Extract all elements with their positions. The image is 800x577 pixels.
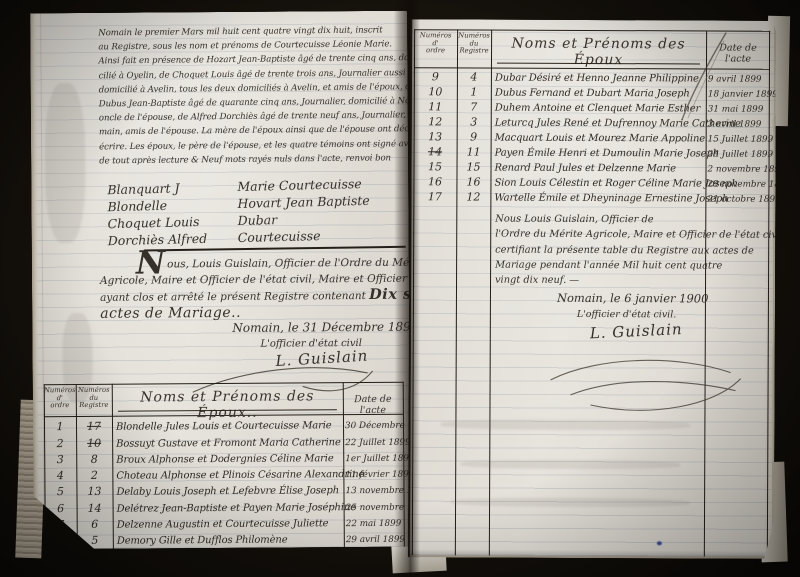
cell-date: 29 novembre 1899	[705, 179, 769, 189]
cell-registre: 17	[76, 420, 112, 433]
cell-noms: Dubus Fernand et Dubart Maria Joseph	[491, 88, 706, 100]
cell-noms: Bossuyt Gustave et Fromont Maria Catheri…	[112, 437, 343, 450]
cell-noms: Choteau Alphonse et Plinois Césarine Ale…	[112, 469, 343, 482]
cell-date: 9 avril 1899	[706, 74, 770, 84]
header-numero-ordre: Numérosd'ordre	[414, 29, 457, 67]
cell-ordre: 14	[414, 145, 457, 158]
cell-registre: 15	[457, 160, 491, 173]
signatures-block: Blanquart J Marie Courtecuisse Blondelle…	[107, 177, 387, 247]
table-row: 8 5 Demory Gille et Dufflos Philomène 29…	[45, 529, 405, 548]
cell-ordre: 17	[413, 190, 456, 203]
cell-noms: Delzenne Augustin et Courtecuisse Juliet…	[113, 518, 344, 531]
place-date: Nomain, le 31 Décembre 1899	[100, 320, 408, 338]
cell-registre: 5	[77, 534, 113, 547]
officer-title: L'officier d'état civil.	[495, 306, 721, 322]
cell-date: 18 janvier 1899	[706, 89, 770, 99]
cell-registre: 7	[457, 100, 491, 113]
closing-line: Nous, Louis Guislain, Officier de l'Ordr…	[100, 251, 408, 274]
cell-date: 29 avril 1899	[344, 535, 404, 545]
cell-ordre: 10	[414, 85, 457, 98]
cell-ordre: 12	[414, 115, 457, 128]
header-numero-registre: NumérosduRegistre	[457, 29, 491, 67]
cell-date: 25 novembre 1899	[344, 503, 404, 513]
mayor-signature: L. Guislain	[275, 349, 369, 370]
table-row: 17 12 Wartelle Émile et Dheyninage Ernes…	[413, 188, 769, 205]
header-noms-epoux: Noms et Prénoms des Époux	[491, 30, 706, 69]
ink-stain	[657, 541, 662, 545]
cell-date: 13 novembre 1899	[343, 486, 403, 496]
cell-registre: 16	[456, 175, 490, 188]
cell-noms: Dubar Désiré et Henno Jeanne Philippine	[491, 73, 706, 85]
cell-noms: Wartelle Émile et Dheyninage Ernestine J…	[490, 193, 705, 205]
closing-line: ayant clos et arrêté le présent Registre…	[100, 287, 408, 307]
cell-ordre: 7	[45, 518, 77, 531]
marriage-act-text: Nomain le premier Mars mil huit cent qua…	[98, 24, 401, 168]
cell-noms: Duhem Antoine et Clenquet Marie Esther	[491, 103, 706, 115]
cell-ordre: 9	[414, 70, 457, 83]
table-row: 14 11 Payen Émile Henri et Dumoulin Mari…	[414, 143, 770, 160]
register-closing-statement: Nous, Louis Guislain, Officier de l'Ordr…	[100, 251, 409, 371]
header-date-acte: Date de l'acte	[706, 30, 770, 68]
cell-ordre: 16	[413, 175, 456, 188]
act-line: de tout après lecture & Neuf mots rayés …	[99, 151, 401, 168]
certification-lines: Nous Louis Guislain, Officier del'Ordre …	[495, 212, 721, 289]
cell-noms: Demory Gille et Dufflos Philomène	[113, 535, 344, 548]
certification-line: certifiant la présente table du Registre…	[495, 242, 721, 258]
ink-bleedthrough	[45, 83, 86, 243]
cell-date: 30 Décembre 1899	[343, 421, 403, 431]
left-page: Nomain le premier Mars mil huit cent qua…	[30, 11, 411, 550]
cell-ordre: 11	[414, 100, 457, 113]
cell-noms: Delétrez Jean-Baptiste et Payen Marie Jo…	[113, 502, 344, 515]
cell-ordre: 4	[44, 469, 76, 482]
cell-ordre: 15	[414, 160, 457, 173]
table-row: 6 14 Delétrez Jean-Baptiste et Payen Mar…	[45, 496, 405, 515]
cell-ordre: 5	[44, 485, 76, 498]
table-row: 12 3 Leturcq Jules René et Dufrennoy Mar…	[414, 113, 770, 130]
header-date-acte: Date de l'acte	[343, 382, 403, 414]
table-certification: Nous Louis Guislain, Officier del'Ordre …	[495, 212, 722, 342]
table-row: 16 16 Sion Louis Célestin et Roger Célin…	[413, 173, 769, 190]
mayor-signature: L. Guislain	[589, 322, 682, 342]
marriage-table-left: Numérosd'ordre NumérosduRegistre Noms et…	[44, 382, 405, 550]
cell-ordre: 1	[44, 420, 76, 433]
cell-registre: 14	[77, 502, 113, 515]
cell-registre: 11	[457, 145, 491, 158]
table-row: 9 4 Dubar Désiré et Henno Jeanne Philipp…	[414, 68, 770, 85]
cell-date: 2 novembre 1899	[706, 164, 770, 174]
cell-noms: Sion Louis Célestin et Roger Céline Mari…	[490, 178, 705, 190]
cell-noms: Broux Alphonse et Dodergnies Céline Mari…	[112, 453, 343, 466]
table-row: 5 13 Delaby Louis Joseph et Lefebvre Éli…	[44, 480, 404, 499]
cell-ordre: 2	[44, 437, 76, 450]
place-date: Nomain, le 6 janvier 1900	[495, 288, 721, 307]
cell-registre: 6	[77, 518, 113, 531]
cell-date: 22 Juillet 1899	[343, 437, 403, 447]
table-row: 13 9 Macquart Louis et Mourez Marie Appo…	[414, 128, 770, 145]
cell-ordre: 6	[45, 502, 77, 515]
cell-date: 3 avril 1899	[706, 119, 770, 129]
cell-date: 15 Juillet 1899	[706, 134, 770, 144]
table-row: 15 15 Renard Paul Jules et Delzenne Mari…	[414, 158, 770, 175]
cell-registre: 4	[457, 70, 491, 83]
right-page: Numérosd'ordre NumérosduRegistre Noms et…	[408, 19, 776, 559]
table-row: 1 17 Blondelle Jules Louis et Courtecuis…	[44, 415, 404, 434]
signature: Dubar	[237, 211, 277, 229]
cell-date: 21 octobre 1899	[705, 194, 769, 204]
cell-registre: 3	[457, 115, 491, 128]
cell-date: 31 mai 1899	[706, 104, 770, 114]
certification-line: vingt dix neuf. —	[495, 273, 721, 289]
cell-ordre: 3	[44, 453, 76, 466]
cell-ordre: 13	[414, 130, 457, 143]
table-body: 9 4 Dubar Désiré et Henno Jeanne Philipp…	[413, 68, 770, 205]
certification-line: l'Ordre du Mérite Agricole, Maire et Off…	[495, 227, 721, 243]
cell-date: 11 février 1899	[343, 470, 403, 480]
signature: Courtecuisse	[237, 227, 320, 246]
cell-registre: 9	[457, 130, 491, 143]
cell-registre: 8	[76, 453, 112, 466]
table-row: 10 1 Dubus Fernand et Dubart Maria Josep…	[414, 83, 770, 100]
register-book-photo: Nomain le premier Mars mil huit cent qua…	[0, 0, 800, 577]
certification-line: Nous Louis Guislain, Officier de	[495, 212, 721, 228]
cell-date: 1er Juillet 1899	[343, 454, 403, 464]
cell-registre: 1	[457, 85, 491, 98]
table-row: 2 10 Bossuyt Gustave et Fromont Maria Ca…	[44, 431, 404, 450]
cell-noms: Blondelle Jules Louis et Courtecuisse Ma…	[112, 420, 343, 433]
table-header: Numérosd'ordre NumérosduRegistre Noms et…	[414, 29, 770, 70]
table-row: 7 6 Delzenne Augustin et Courtecuisse Ju…	[45, 513, 405, 532]
cell-date: 28 Juillet 1899	[706, 149, 770, 159]
cell-noms: Payen Émile Henri et Dumoulin Marie Jose…	[491, 148, 706, 160]
ink-bleedthrough	[62, 313, 93, 403]
signature: Dorchiès Alfred	[108, 229, 226, 249]
header-noms-epoux: Noms et Prénoms des Époux..	[112, 382, 343, 416]
cell-noms: Leturcq Jules René et Dufrennoy Marie Ca…	[491, 118, 706, 130]
cell-registre: 13	[76, 485, 112, 498]
table-header: Numérosd'ordre NumérosduRegistre Noms et…	[44, 382, 404, 418]
cell-date: 22 mai 1899	[344, 519, 404, 529]
cell-noms: Delaby Louis Joseph et Lefebvre Élise Jo…	[112, 486, 343, 499]
cell-noms: Renard Paul Jules et Delzenne Marie	[491, 163, 706, 175]
cell-noms: Macquart Louis et Mourez Marie Appoline	[491, 133, 706, 145]
cell-registre: 2	[76, 469, 112, 482]
table-row: 4 2 Choteau Alphonse et Plinois Césarine…	[44, 464, 404, 483]
table-row: 11 7 Duhem Antoine et Clenquet Marie Est…	[414, 98, 770, 115]
cell-registre: 12	[456, 190, 490, 203]
cell-registre: 10	[76, 436, 112, 449]
cell-ordre: 8	[45, 534, 77, 547]
table-body: 1 17 Blondelle Jules Louis et Courtecuis…	[44, 415, 405, 548]
certification-line: Mariage pendant l'année Mil huit cent qu…	[495, 257, 721, 273]
table-row: 3 8 Broux Alphonse et Dodergnies Céline …	[44, 447, 404, 466]
